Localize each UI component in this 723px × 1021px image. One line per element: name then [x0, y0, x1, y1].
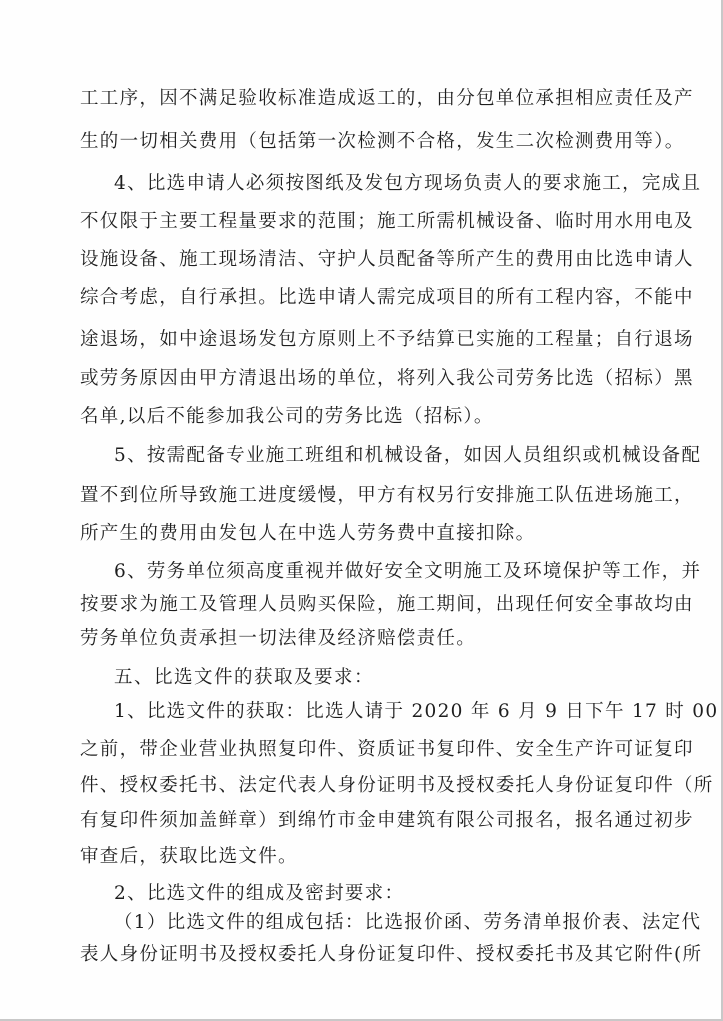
clause-5-line-3: 所产生的费用由发包人在中选人劳务费中直接扣除。 [80, 522, 650, 546]
item-1-line-4: 有复印件须加盖鲜章）到绵竹市金申建筑有限公司报名，报名通过初步 [80, 809, 650, 833]
item-1-line-3: 件、授权委托书、法定代表人身份证明书及授权委托人身份证复印件（所 [80, 774, 650, 798]
sub-item-1-line-1: （1）比选文件的组成包括：比选报价函、劳务清单报价表、法定代 [114, 911, 684, 935]
clause-4-line-3: 设施设备、施工现场清洁、守护人员配备等所产生的费用由比选申请人 [80, 248, 650, 272]
clause-4-line-5: 途退场，如中途退场发包方原则上不予结算已实施的工程量；自行退场 [80, 328, 650, 352]
clause-4-line-4: 综合考虑，自行承担。比选申请人需完成项目的所有工程内容，不能中 [80, 286, 650, 310]
clause-4-line-6: 或劳务原因由甲方清退出场的单位，将列入我公司劳务比选（招标）黑 [80, 367, 650, 391]
item-1-line-2: 之前，带企业营业执照复印件、资质证书复印件、安全生产许可证复印 [80, 738, 650, 762]
section-5-heading: 五、比选文件的获取及要求： [114, 666, 684, 690]
clause-4-line-2: 不仅限于主要工程量要求的范围；施工所需机械设备、临时用水用电及 [80, 210, 650, 234]
clause-4-line-1: 4、比选申请人必须按图纸及发包方现场负责人的要求施工，完成且 [114, 172, 684, 196]
clause-4-line-7: 名单,以后不能参加我公司的劳务比选（招标）。 [80, 405, 650, 429]
item-2-heading: 2、比选文件的组成及密封要求： [114, 882, 684, 906]
clause-6-line-1: 6、劳务单位须高度重视并做好安全文明施工及环境保护等工作，并 [114, 560, 684, 584]
sub-item-1-line-2: 表人身份证明书及授权委托人身份证复印件、授权委托书及其它附件(所 [80, 943, 650, 967]
clause-5-line-2: 置不到位所导致施工进度缓慢，甲方有权另行安排施工队伍进场施工， [80, 484, 650, 508]
clause-6-line-3: 劳务单位负责承担一切法律及经济赔偿责任。 [80, 627, 650, 651]
body-line-1: 工工序，因不满足验收标准造成返工的，由分包单位承担相应责任及产 [80, 87, 650, 111]
clause-6-line-2: 按要求为施工及管理人员购买保险，施工期间，出现任何安全事故均由 [80, 593, 650, 617]
document-page: 工工序，因不满足验收标准造成返工的，由分包单位承担相应责任及产 生的一切相关费用… [0, 0, 723, 1021]
item-1-line-1: 1、比选文件的获取：比选人请于 2020 年 6 月 9 日下午 17 时 00… [114, 700, 684, 724]
item-1-line-5: 审查后，获取比选文件。 [80, 845, 650, 869]
clause-5-line-1: 5、按需配备专业施工班组和机械设备，如因人员组织或机械设备配 [114, 444, 684, 468]
body-line-2: 生的一切相关费用（包括第一次检测不合格，发生二次检测费用等）。 [80, 130, 650, 154]
